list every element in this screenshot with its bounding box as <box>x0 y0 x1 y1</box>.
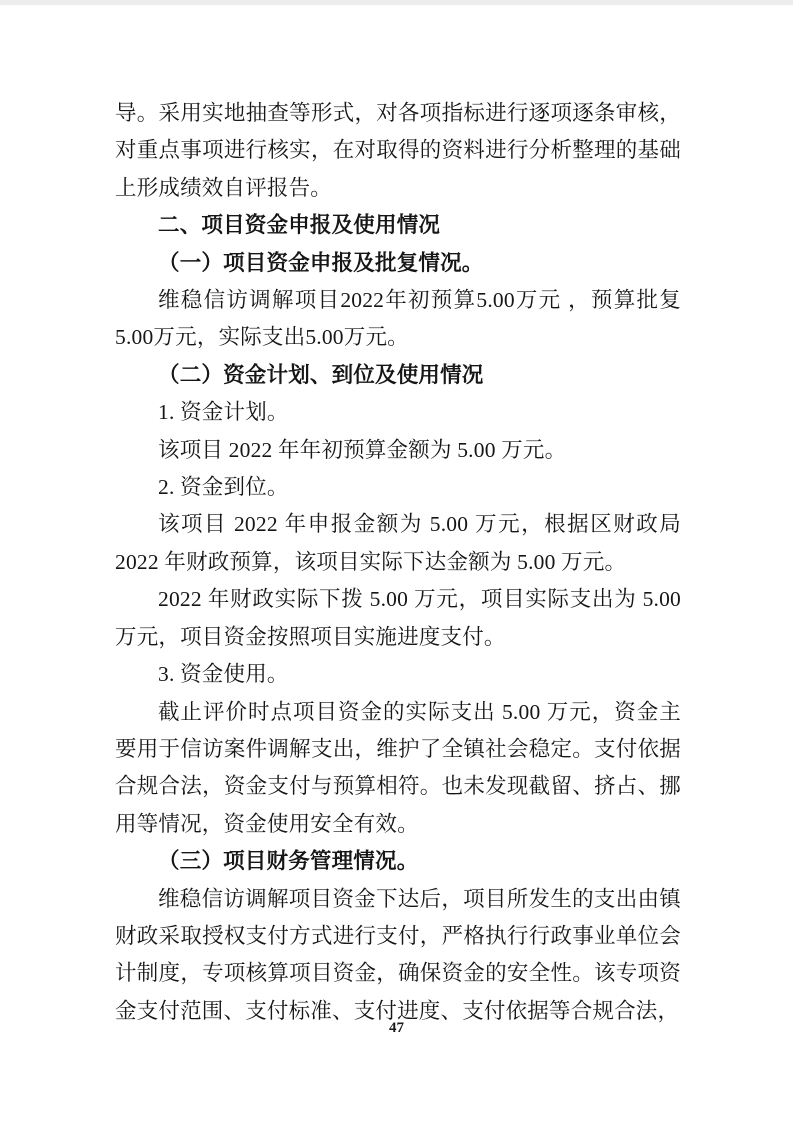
item-heading-fund-usage: 3. 资金使用。 <box>115 656 681 693</box>
paragraph-continuation: 导。采用实地抽查等形式，对各项指标进行逐项逐条审核，对重点事项进行核实，在对取得… <box>115 95 681 207</box>
document-page: 导。采用实地抽查等形式，对各项指标进行逐项逐条审核，对重点事项进行核实，在对取得… <box>0 0 793 1122</box>
item-heading-fund-plan: 1. 资金计划。 <box>115 394 681 431</box>
scan-edge-artifact <box>0 0 793 5</box>
paragraph-fund-plan: 该项目 2022 年年初预算金额为 5.00 万元。 <box>115 432 681 469</box>
paragraph-fund-arrival-1: 该项目 2022 年申报金额为 5.00 万元，根据区财政局 2022 年财政预… <box>115 506 681 581</box>
paragraph-fund-usage: 截止评价时点项目资金的实际支出 5.00 万元，资金主要用于信访案件调解支出，维… <box>115 694 681 844</box>
paragraph-fund-arrival-2: 2022 年财政实际下拨 5.00 万元，项目实际支出为 5.00 万元，项目资… <box>115 581 681 656</box>
paragraph-financial-mgmt: 维稳信访调解项目资金下达后，项目所发生的支出由镇财政采取授权支付方式进行支付，严… <box>115 881 681 1031</box>
item-heading-fund-arrival: 2. 资金到位。 <box>115 469 681 506</box>
section-heading-2: 二、项目资金申报及使用情况 <box>115 207 681 244</box>
subsection-heading-2-1: （一）项目资金申报及批复情况。 <box>115 245 681 282</box>
paragraph-budget-approval: 维稳信访调解项目2022年初预算5.00万元 ，预算批复5.00万元，实际支出5… <box>115 282 681 357</box>
subsection-heading-2-3: （三）项目财务管理情况。 <box>115 843 681 880</box>
page-content: 导。采用实地抽查等形式，对各项指标进行逐项逐条审核，对重点事项进行核实，在对取得… <box>115 95 681 1030</box>
subsection-heading-2-2: （二）资金计划、到位及使用情况 <box>115 357 681 394</box>
page-number: 47 <box>0 1020 793 1037</box>
